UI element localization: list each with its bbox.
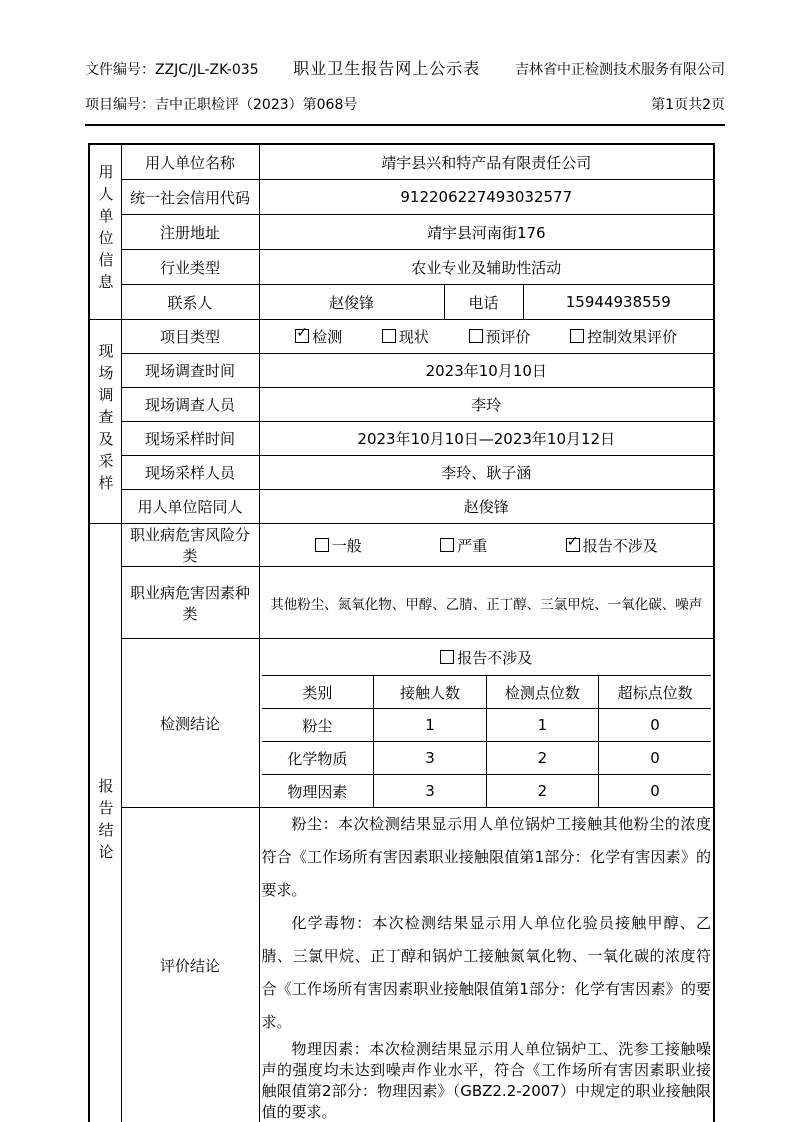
- table-row: 现场调查人员 李玲: [89, 388, 714, 422]
- field-value-industry: 农业专业及辅助性活动: [259, 250, 714, 285]
- detection-data-row: 化学物质 3 2 0: [262, 742, 712, 775]
- cell-exceed: 0: [599, 775, 711, 808]
- field-value-phone: 15944938559: [523, 285, 714, 320]
- table-row: 报告结论 职业病危害风险分类 一般 严重 ✓报告不涉及: [89, 524, 714, 567]
- table-row: 统一社会信用代码 912206227493032577: [89, 180, 714, 215]
- section-cell-employer: 用人单位信息: [89, 144, 121, 320]
- field-value-survey-staff: 李玲: [259, 388, 714, 422]
- field-label-hazard-factors: 职业病危害因素种类: [121, 567, 259, 639]
- checkbox-option-status: 现状: [382, 326, 429, 347]
- cell-category: 化学物质: [262, 742, 374, 775]
- section-label-employer: 用人单位信息: [97, 164, 114, 296]
- evaluation-paragraph-dust: 粉尘：本次检测结果显示用人单位锅炉工接触其他粉尘的浓度符合《工作场所有害因素职业…: [262, 808, 712, 907]
- cell-exceed: 0: [599, 742, 711, 775]
- field-label-detection-conclusion: 检测结论: [121, 639, 259, 808]
- check-mark-icon: ✓: [567, 534, 579, 550]
- doc-number-label: 文件编号：: [85, 62, 155, 78]
- field-label-project-type: 项目类型: [121, 320, 259, 354]
- table-row: 用人单位信息 用人单位名称 靖宇县兴和特产品有限责任公司: [89, 144, 714, 180]
- header-row-1: 文件编号：ZZJC/JL-ZK-035 职业卫生报告网上公示表 吉林省中正检测技…: [85, 56, 725, 79]
- field-label-survey-date: 现场调查时间: [121, 354, 259, 388]
- checkbox-unchecked-icon: [469, 329, 483, 343]
- cell-category: 物理因素: [262, 775, 374, 808]
- detection-data-row: 物理因素 3 2 0: [262, 775, 712, 808]
- table-row: 现场采样时间 2023年10月10日—2023年10月12日: [89, 422, 714, 456]
- checkbox-unchecked-icon: [440, 538, 454, 552]
- checkbox-option-detection-na: 报告不涉及: [440, 647, 532, 668]
- checkbox-option-not-involved: ✓报告不涉及: [566, 535, 658, 556]
- project-number-value: 吉中正职检评（2023）第068号: [155, 97, 357, 113]
- page-indicator: 第1页共2页: [651, 94, 725, 114]
- checkbox-option-control-effect: 控制效果评价: [570, 326, 677, 347]
- column-header-points: 检测点位数: [486, 676, 598, 709]
- field-label-risk-class: 职业病危害风险分类: [121, 524, 259, 567]
- checkbox-unchecked-icon: [570, 329, 584, 343]
- table-row: 检测结论 报告不涉及 类别 接触人数 检测点位数 超标点位数 粉尘 1 1: [89, 639, 714, 808]
- field-label-sampling-staff: 现场采样人员: [121, 456, 259, 490]
- checkbox-option-label: 报告不涉及: [583, 537, 658, 555]
- field-value-accompany: 赵俊锋: [259, 490, 714, 524]
- field-value-contact-name: 赵俊锋: [259, 285, 444, 320]
- org-name: 吉林省中正检测技术服务有限公司: [515, 59, 725, 79]
- page-title: 职业卫生报告网上公示表: [293, 56, 480, 79]
- table-row: 现场调查及采样 项目类型 ✓检测 现状 预评价 控制效果评价: [89, 320, 714, 354]
- field-label-contact: 联系人: [121, 285, 259, 320]
- evaluation-paragraph-physical: 物理因素：本次检测结果显示用人单位锅炉工、洗参工接触噪声的强度均未达到噪声作业水…: [262, 1039, 712, 1122]
- section-label-survey: 现场调查及采样: [97, 343, 114, 497]
- field-label-sampling-date: 现场采样时间: [121, 422, 259, 456]
- report-table: 用人单位信息 用人单位名称 靖宇县兴和特产品有限责任公司 统一社会信用代码 91…: [88, 143, 715, 1122]
- evaluation-conclusion-cell: 粉尘：本次检测结果显示用人单位锅炉工接触其他粉尘的浓度符合《工作场所有害因素职业…: [259, 808, 714, 1122]
- checkbox-option-pre-eval: 预评价: [469, 326, 531, 347]
- cell-category: 粉尘: [262, 709, 374, 742]
- cell-exceed: 0: [599, 709, 711, 742]
- field-label-evaluation-conclusion: 评价结论: [121, 808, 259, 1122]
- document-header: 文件编号：ZZJC/JL-ZK-035 职业卫生报告网上公示表 吉林省中正检测技…: [85, 0, 725, 126]
- project-number-label: 项目编号：: [85, 97, 155, 113]
- checkbox-option-label: 预评价: [486, 328, 531, 346]
- detection-na-option: 报告不涉及: [262, 639, 712, 676]
- detection-results-table: 类别 接触人数 检测点位数 超标点位数 粉尘 1 1 0 化学物质 3: [262, 676, 712, 807]
- evaluation-paragraph-chemical: 化学毒物：本次检测结果显示用人单位化验员接触甲醇、乙腈、三氯甲烷、正丁醇和锅炉工…: [262, 907, 712, 1039]
- section-cell-conclusion: 报告结论: [89, 524, 121, 1122]
- table-row: 职业病危害因素种类 其他粉尘、氮氧化物、甲醇、乙腈、正丁醇、三氯甲烷、一氧化碳、…: [89, 567, 714, 639]
- doc-number-value: ZZJC/JL-ZK-035: [155, 62, 259, 78]
- check-mark-icon: ✓: [296, 325, 308, 341]
- project-type-options: ✓检测 现状 预评价 控制效果评价: [259, 320, 714, 354]
- column-header-exposed: 接触人数: [374, 676, 486, 709]
- project-number: 项目编号：吉中正职检评（2023）第068号: [85, 94, 357, 114]
- field-value-address: 靖宇县河南街176: [259, 215, 714, 250]
- table-row: 现场调查时间 2023年10月10日: [89, 354, 714, 388]
- table-row: 行业类型 农业专业及辅助性活动: [89, 250, 714, 285]
- field-value-credit-code: 912206227493032577: [259, 180, 714, 215]
- checkbox-option-severe: 严重: [440, 535, 487, 556]
- risk-class-options: 一般 严重 ✓报告不涉及: [259, 524, 714, 567]
- detection-data-row: 粉尘 1 1 0: [262, 709, 712, 742]
- field-label-industry: 行业类型: [121, 250, 259, 285]
- cell-points: 2: [486, 775, 598, 808]
- checkbox-option-general: 一般: [315, 535, 362, 556]
- field-label-address: 注册地址: [121, 215, 259, 250]
- field-label-survey-staff: 现场调查人员: [121, 388, 259, 422]
- field-label-credit-code: 统一社会信用代码: [121, 180, 259, 215]
- section-label-conclusion: 报告结论: [97, 778, 114, 866]
- table-row: 用人单位陪同人 赵俊锋: [89, 490, 714, 524]
- cell-exposed: 3: [374, 775, 486, 808]
- cell-points: 2: [486, 742, 598, 775]
- document-page: 文件编号：ZZJC/JL-ZK-035 职业卫生报告网上公示表 吉林省中正检测技…: [0, 0, 794, 1122]
- field-value-hazard-factors: 其他粉尘、氮氧化物、甲醇、乙腈、正丁醇、三氯甲烷、一氧化碳、噪声: [259, 567, 714, 639]
- table-row: 现场采样人员 李玲、耿子涵: [89, 456, 714, 490]
- checkbox-option-label: 一般: [332, 537, 362, 555]
- checkbox-option-label: 控制效果评价: [587, 328, 677, 346]
- checkbox-group-risk: 一般 严重 ✓报告不涉及: [262, 535, 712, 556]
- table-row: 注册地址 靖宇县河南街176: [89, 215, 714, 250]
- cell-exposed: 3: [374, 742, 486, 775]
- detection-conclusion-cell: 报告不涉及 类别 接触人数 检测点位数 超标点位数 粉尘 1 1 0: [259, 639, 714, 808]
- checkbox-group-project-type: ✓检测 现状 预评价 控制效果评价: [262, 326, 712, 347]
- field-value-survey-date: 2023年10月10日: [259, 354, 714, 388]
- field-label-phone: 电话: [444, 285, 523, 320]
- detection-header-row: 类别 接触人数 检测点位数 超标点位数: [262, 676, 712, 709]
- checkbox-option-label: 现状: [399, 328, 429, 346]
- checkbox-checked-icon: ✓: [566, 538, 580, 552]
- cell-points: 1: [486, 709, 598, 742]
- field-value-sampling-staff: 李玲、耿子涵: [259, 456, 714, 490]
- field-label-employer-name: 用人单位名称: [121, 144, 259, 180]
- table-row: 联系人 赵俊锋 电话 15944938559: [89, 285, 714, 320]
- cell-exposed: 1: [374, 709, 486, 742]
- header-row-2: 项目编号：吉中正职检评（2023）第068号 第1页共2页: [85, 94, 725, 114]
- field-value-employer-name: 靖宇县兴和特产品有限责任公司: [259, 144, 714, 180]
- checkbox-checked-icon: ✓: [295, 329, 309, 343]
- checkbox-unchecked-icon: [382, 329, 396, 343]
- column-header-exceed: 超标点位数: [599, 676, 711, 709]
- checkbox-unchecked-icon: [440, 650, 454, 664]
- table-row: 评价结论 粉尘：本次检测结果显示用人单位锅炉工接触其他粉尘的浓度符合《工作场所有…: [89, 808, 714, 1122]
- field-label-accompany: 用人单位陪同人: [121, 490, 259, 524]
- checkbox-option-label: 检测: [312, 328, 342, 346]
- checkbox-option-detection: ✓检测: [295, 326, 342, 347]
- checkbox-unchecked-icon: [315, 538, 329, 552]
- checkbox-option-label: 报告不涉及: [457, 649, 532, 667]
- column-header-category: 类别: [262, 676, 374, 709]
- checkbox-option-label: 严重: [457, 537, 487, 555]
- section-cell-survey: 现场调查及采样: [89, 320, 121, 524]
- doc-number: 文件编号：ZZJC/JL-ZK-035: [85, 59, 259, 79]
- field-value-sampling-date: 2023年10月10日—2023年10月12日: [259, 422, 714, 456]
